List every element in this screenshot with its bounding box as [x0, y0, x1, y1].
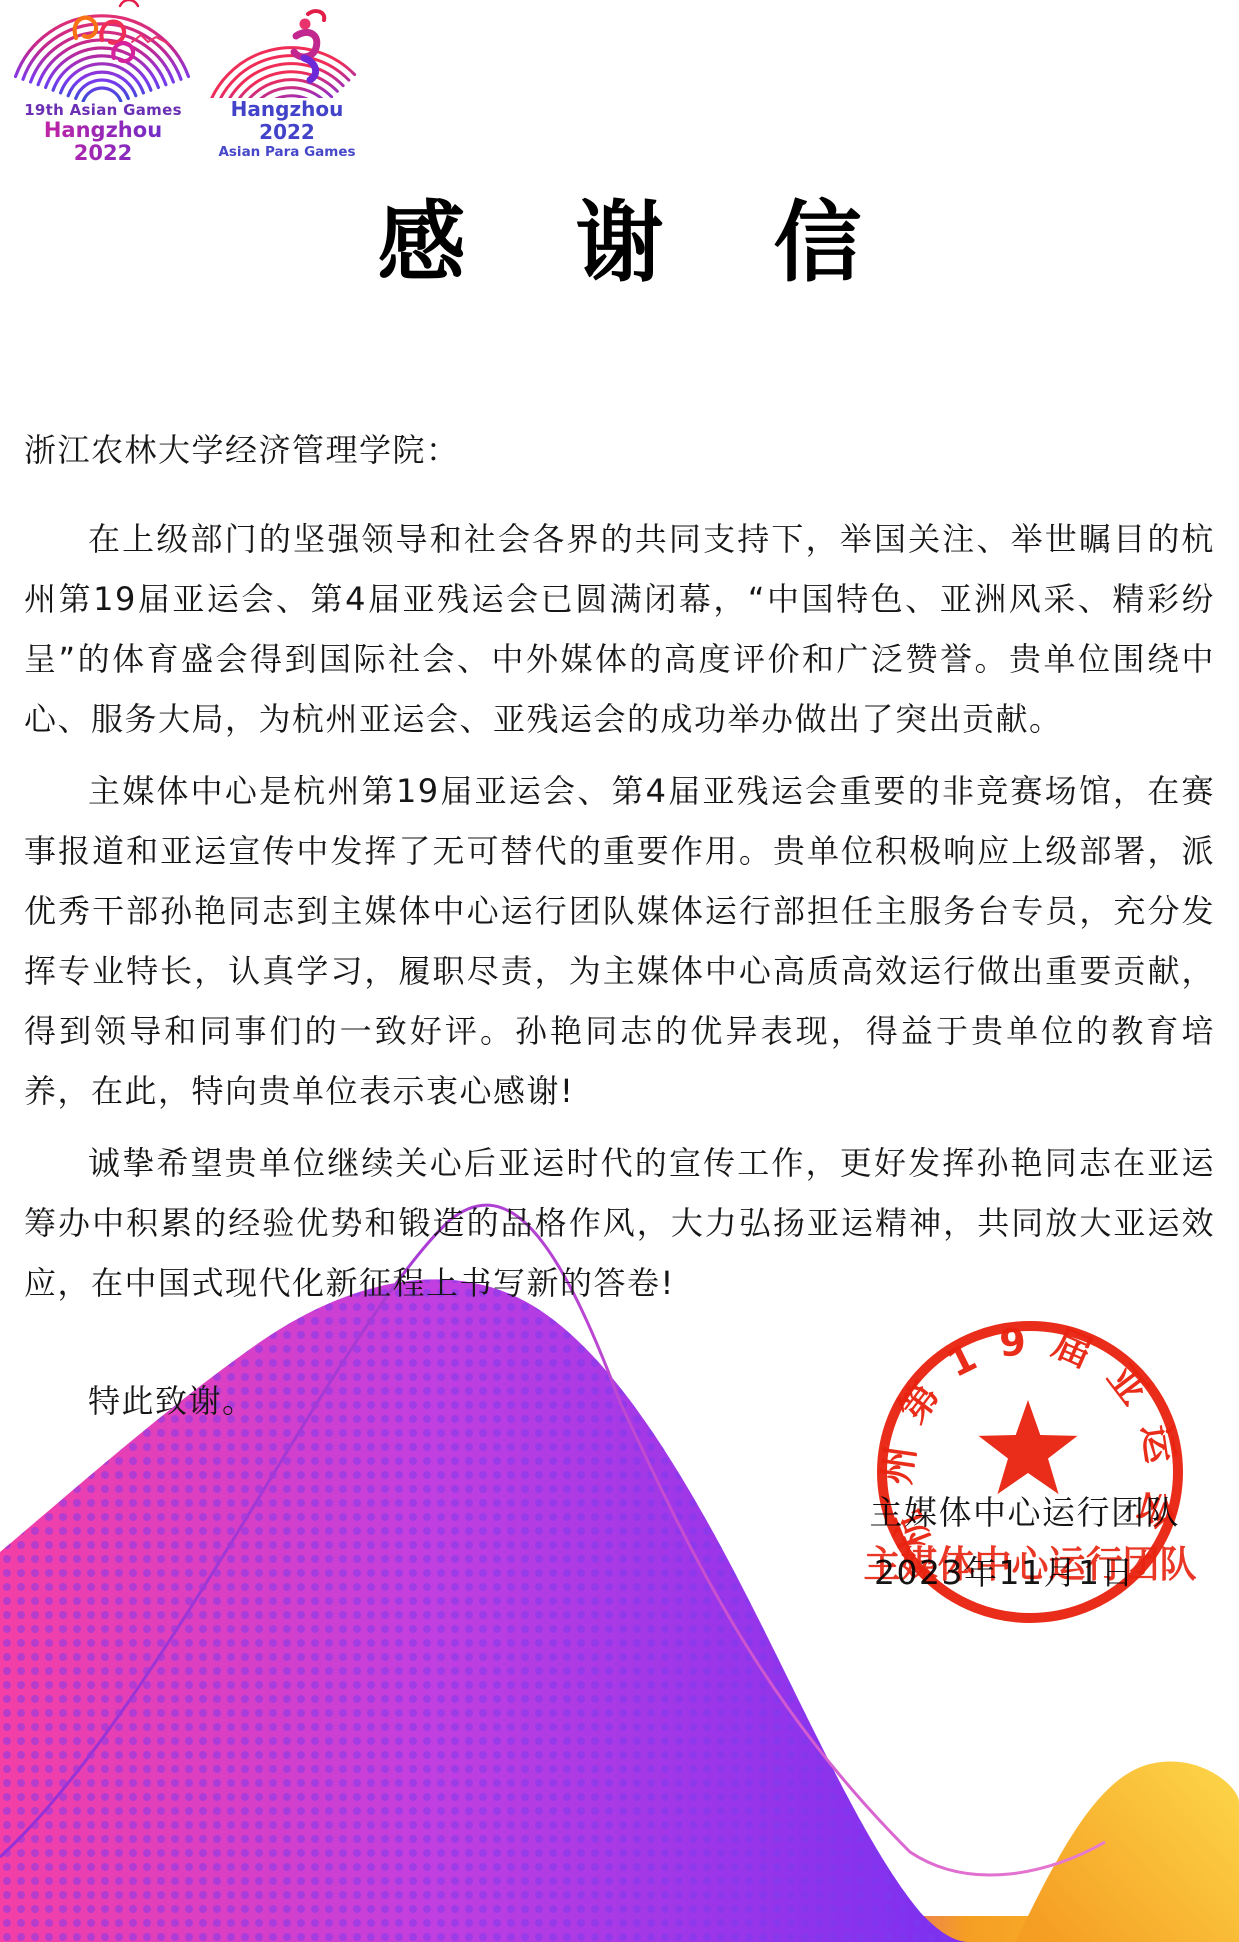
letter-title: 感谢信	[24, 192, 1215, 293]
paragraph-3: 诚挚希望贵单位继续关心后亚运时代的宣传工作，更好发挥孙艳同志在亚运筹办中积累的经…	[24, 1133, 1215, 1313]
yellow-hill-shape	[1015, 1762, 1239, 1942]
asian-para-games-emblem: Hangzhou 2022 Asian Para Games	[206, 6, 368, 160]
paragraph-2: 主媒体中心是杭州第19届亚运会、第4届亚残运会重要的非竞赛场馆，在赛事报道和亚运…	[24, 761, 1215, 1121]
asian-games-emblem: 19th Asian Games Hangzhou 2022	[12, 0, 194, 165]
star-icon	[979, 1400, 1078, 1494]
asian-games-wordmark-line1: 19th Asian Games	[12, 102, 194, 119]
asian-games-fan-icon	[14, 0, 192, 102]
paragraph-1: 在上级部门的坚强领导和社会各界的共同支持下，举国关注、举世瞩目的杭州第19届亚运…	[24, 509, 1215, 749]
asian-para-games-fan-icon	[208, 6, 366, 98]
header-logos: 19th Asian Games Hangzhou 2022	[0, 0, 1239, 150]
para-games-wordmark-line1: Hangzhou 2022	[206, 98, 368, 144]
seal-inner-text: 主媒体中心运行团队	[864, 1543, 1197, 1586]
official-red-seal: 杭州第19届亚运会 主媒体中心运行团队	[846, 1294, 1216, 1650]
salutation: 浙江农林大学经济管理学院：	[24, 427, 1215, 473]
bottom-gradient-bar	[0, 1916, 1239, 1942]
